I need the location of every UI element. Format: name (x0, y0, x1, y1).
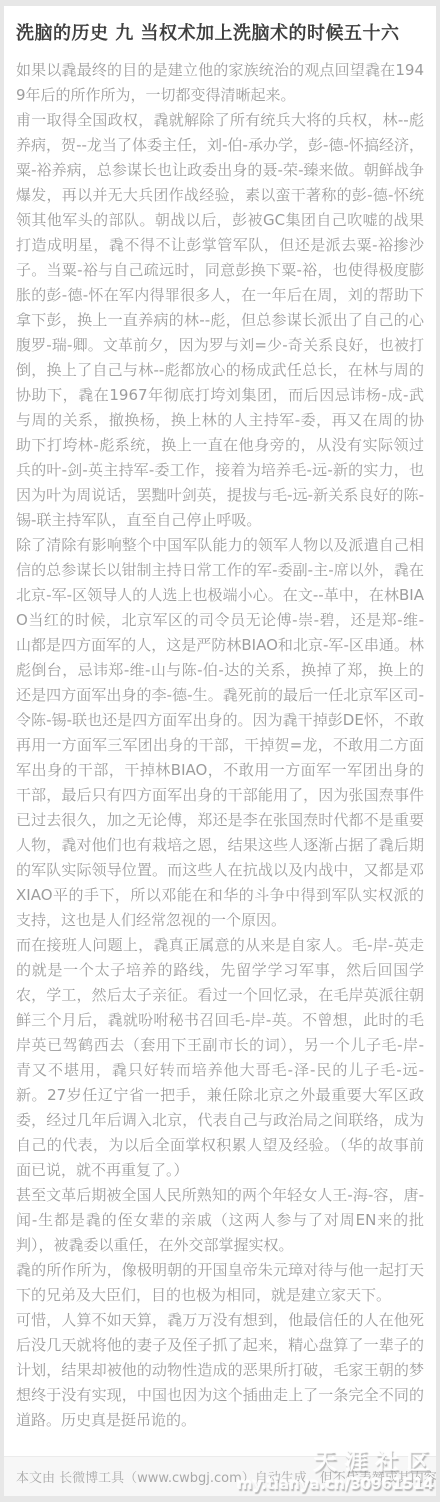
article-paragraph: 如果以毳最终的目的是建立他的家族统治的观点回望毳在1949年后的所作所为，一切都… (16, 58, 424, 108)
article-body: 洗脑的历史 九 当权术加上洗脑术的时候五十六 如果以毳最终的目的是建立他的家族统… (4, 6, 436, 1456)
article-paragraph: 毳的所作所为，像极明朝的开国皇帝朱元璋对待与他一起打天下的兄弟及大臣们，目的也极… (16, 1258, 424, 1308)
article-card: 洗脑的历史 九 当权术加上洗脑术的时候五十六 如果以毳最终的目的是建立他的家族统… (4, 6, 436, 1496)
page-title: 洗脑的历史 九 当权术加上洗脑术的时候五十六 (16, 22, 424, 45)
generator-footer-text: 本文由 长微博工具（www.cwbgj.com）自动生成，但不代表赞成其内容或立… (16, 1467, 436, 1486)
article-paragraph: 可惜，人算不如天算，毳万万没有想到，他最信任的人在他死后没几天就将他的妻子及侄子… (16, 1308, 424, 1433)
article-paragraph: 甫一取得全国政权，毳就解除了所有统兵大将的兵权，林--彪养病，贺--龙当了体委主… (16, 108, 424, 533)
article-text: 如果以毳最终的目的是建立他的家族统治的观点回望毳在1949年后的所作所为，一切都… (16, 58, 424, 1433)
generator-footer: 本文由 长微博工具（www.cwbgj.com）自动生成，但不代表赞成其内容或立… (4, 1456, 436, 1496)
article-paragraph: 甚至文革后期被全国人民所熟知的两个年轻女人王-海-容，唐-闻-生都是毳的侄女辈的… (16, 1183, 424, 1258)
article-paragraph: 而在接班人问题上，毳真正属意的从来是自家人。毛-岸-英走的就是一个太子培养的路线… (16, 933, 424, 1183)
page-frame: 洗脑的历史 九 当权术加上洗脑术的时候五十六 如果以毳最终的目的是建立他的家族统… (0, 0, 440, 1502)
article-paragraph: 除了清除有影响整个中国军队能力的领军人物以及派遣自己相信的总参谋长以钳制主持日常… (16, 533, 424, 933)
